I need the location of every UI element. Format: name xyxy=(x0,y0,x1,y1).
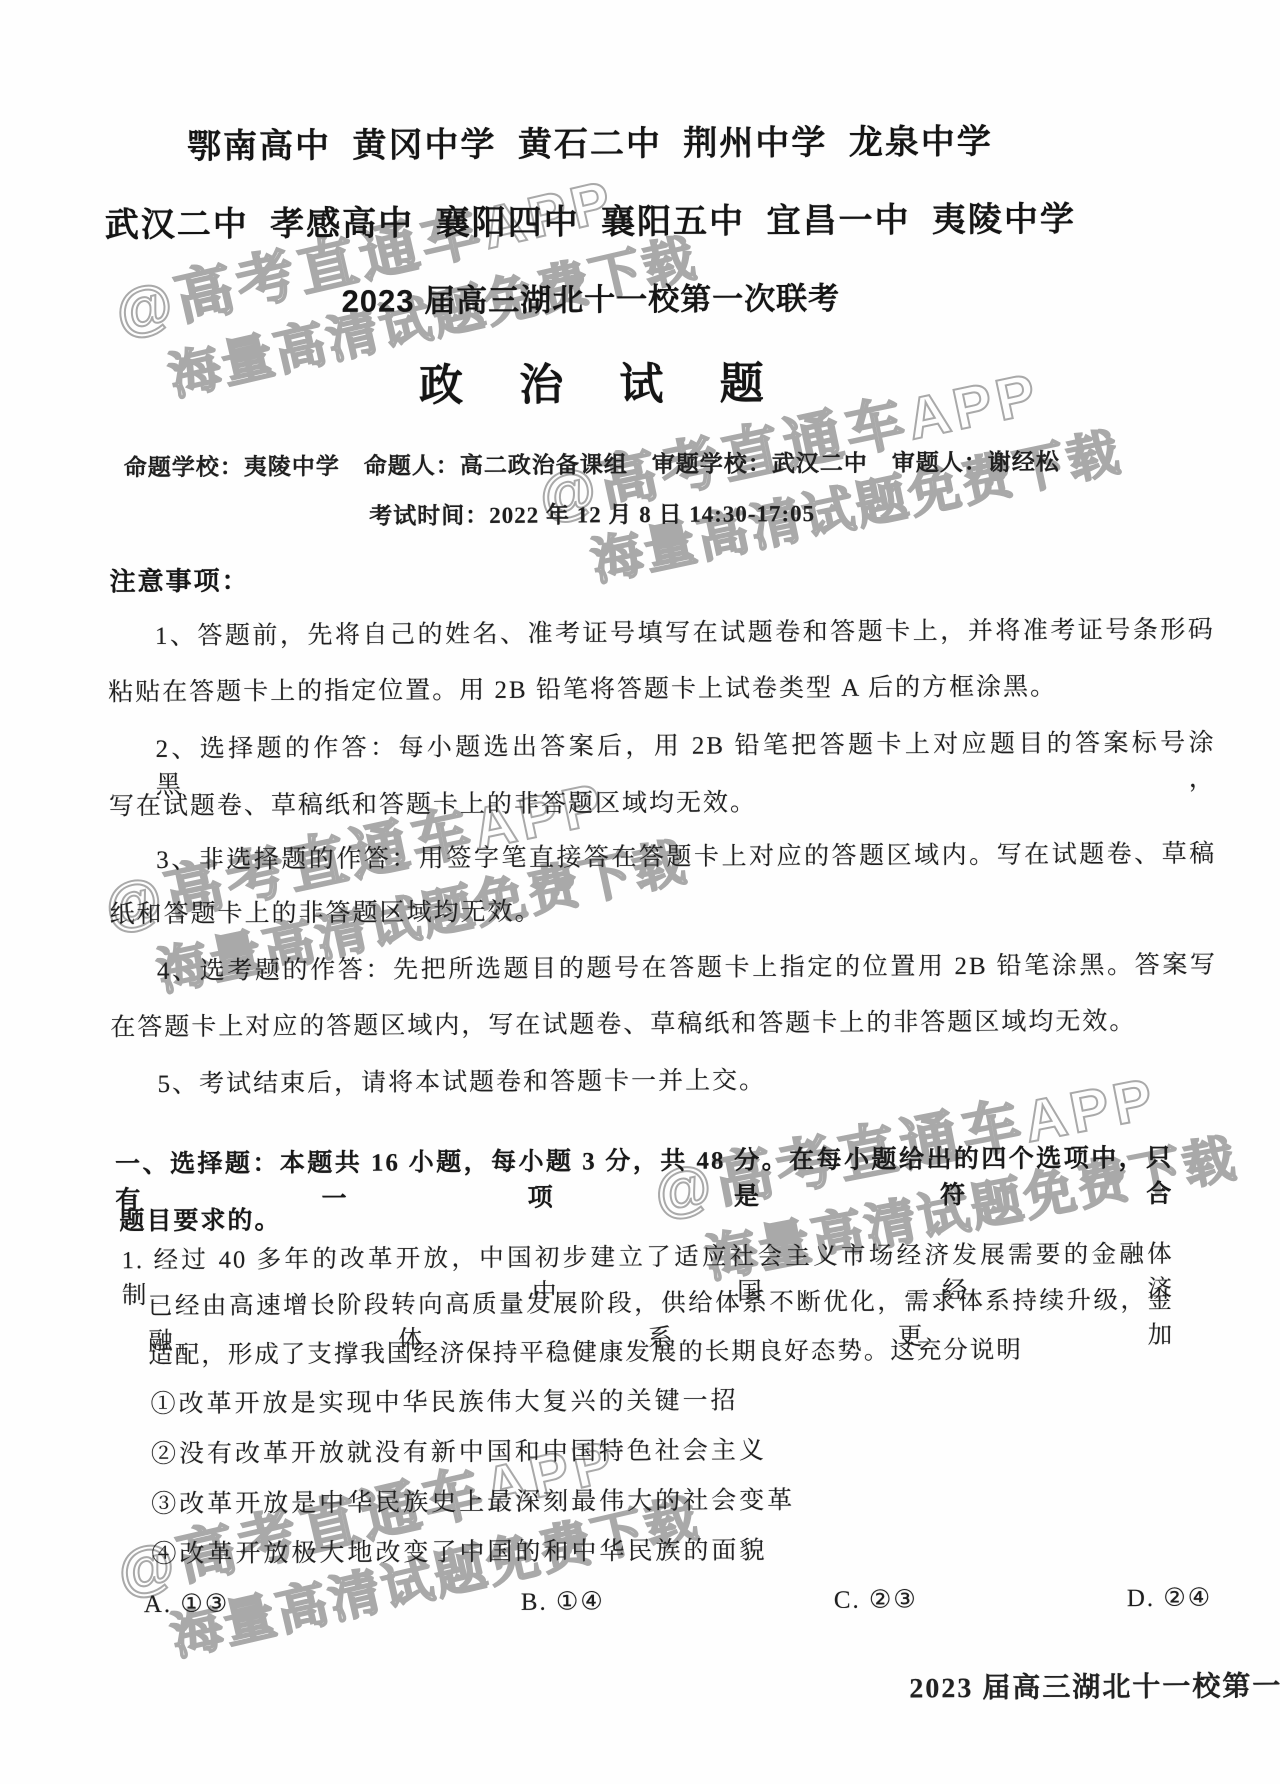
notice-item-4-line-1: 4、选考题的作答：先把所选题目的题号在答题卡上指定的位置用 2B 铅笔涂黑。答案… xyxy=(112,945,1217,988)
school-list-line-1: 鄂南高中 黄冈中学 黄石二中 荆州中学 龙泉中学 xyxy=(0,113,1180,169)
answer-option-d: D. ②④ xyxy=(1127,1583,1213,1614)
question-1-choice-4: ④改革开放极大地改变了中国的和中华民族的面貌 xyxy=(151,1530,767,1570)
answer-option-a: A. ①③ xyxy=(144,1589,230,1620)
notice-item-3-line-1: 3、非选择题的作答：用签字笔直接答在答题卡上对应的答题区域内。写在试题卷、草稿 xyxy=(111,834,1216,877)
notice-item-2-line-2: 写在试题卷、草稿纸和答题卡上的非答题区域均无效。 xyxy=(109,782,757,822)
section-1-heading-line-2: 题目要求的。 xyxy=(119,1200,281,1237)
scanned-document-content: 鄂南高中 黄冈中学 黄石二中 荆州中学 龙泉中学 武汉二中 孝感高中 襄阳四中 … xyxy=(0,0,1280,1784)
question-1-choice-3: ③改革开放是中华民族史上最深刻最伟大的社会变革 xyxy=(151,1480,795,1520)
notice-heading: 注意事项： xyxy=(109,560,249,598)
question-1-choice-2: ②没有改革开放就没有新中国和中国特色社会主义 xyxy=(151,1430,767,1470)
notice-item-4-line-2: 在答题卡上对应的答题区域内，写在试题卷、草稿纸和答题卡上的非答题区域均无效。 xyxy=(110,1001,1136,1043)
notice-item-5-line-1: 5、考试结束后，请将本试题卷和答题卡一并上交。 xyxy=(113,1060,767,1100)
school-list-line-2: 武汉二中 孝感高中 襄阳四中 襄阳五中 宜昌一中 夷陵中学 xyxy=(0,191,1180,247)
page-footer: 2023 届高三湖北十一校第一次联考 xyxy=(909,1664,1280,1707)
paper-title: 政 治 试 题 xyxy=(1,345,1181,416)
exam-paper-page: @高考直通车APP 海量高清试题免费下载 @高考直通车APP 海量高清试题免费下… xyxy=(0,0,1280,1784)
notice-item-1-line-1: 1、答题前，先将自己的姓名、准考证号填写在试题卷和答题卡上，并将准考证号条形码 xyxy=(110,610,1215,653)
proctor-info-line: 命题学校：夷陵中学 命题人：高二政治备课组 审题学校：武汉二中 审题人：谢经松 xyxy=(2,443,1182,483)
answer-option-c: C. ②③ xyxy=(834,1584,918,1615)
exam-time-line: 考试时间：2022 年 12 月 8 日 14:30-17:05 xyxy=(2,493,1182,533)
question-1-line-3: 适配，形成了支撑我国经济保持平稳健康发展的长期良好态势。这充分说明 xyxy=(148,1331,1023,1371)
exam-session-title: 2023 届高三湖北十一校第一次联考 xyxy=(1,271,1181,323)
answer-option-b: B. ①④ xyxy=(521,1586,605,1617)
notice-item-3-line-2: 纸和答题卡上的非答题区域均无效。 xyxy=(109,892,541,931)
question-1-choice-1: ①改革开放是实现中华民族伟大复兴的关键一招 xyxy=(150,1380,738,1420)
notice-item-1-line-2: 粘贴在答题卡上的指定位置。用 2B 铅笔将答题卡上试卷类型 A 后的方框涂黑。 xyxy=(108,667,1057,709)
